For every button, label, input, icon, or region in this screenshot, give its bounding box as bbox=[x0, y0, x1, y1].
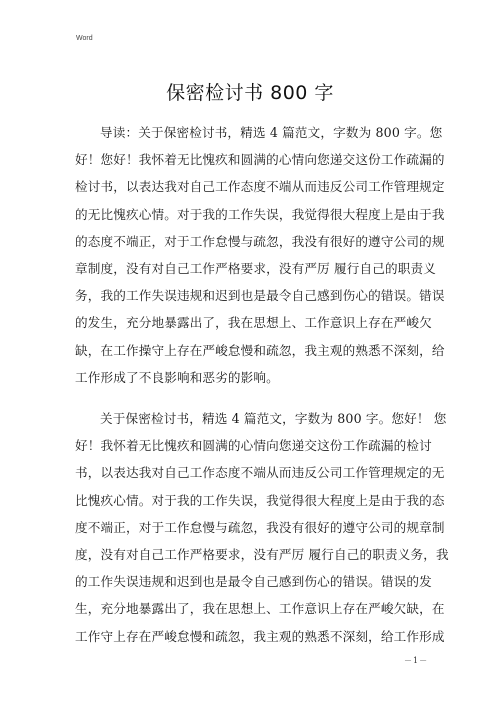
text-line: 好！我怀着无比愧疚和圆满的心情向您递交这份工作疏漏的检讨 bbox=[75, 432, 426, 459]
text-line: 关于保密检讨书，精选 4 篇范文，字数为 800 字。您好！ 您 bbox=[75, 405, 426, 432]
text-line: 度不端正，对于工作怠慢与疏忽，我没有很好的遵守公司的规章制 bbox=[75, 514, 426, 541]
text-line: 章制度，没有对自己工作严格要求，没有严厉 履行自己的职责义 bbox=[75, 255, 426, 282]
text-line: 务，我的工作失误违规和迟到也是最令自己感到伤心的错误。错误 bbox=[75, 282, 426, 309]
text-line: 书，以表达我对自己工作态度不端从而违反公司工作管理规定的无 bbox=[75, 459, 426, 486]
paragraph-1: 导读：关于保密检讨书，精选 4 篇范文，字数为 800 字。您 好！您好！我怀着… bbox=[75, 119, 426, 391]
text-line: 比愧疚心情。对于我的工作失误，我觉得很大程度上是由于我的态 bbox=[75, 487, 426, 514]
text-line: 的工作失误违规和迟到也是最令自己感到伤心的错误。错误的发 bbox=[75, 568, 426, 595]
paragraph-2: 关于保密检讨书，精选 4 篇范文，字数为 800 字。您好！ 您 好！我怀着无比… bbox=[75, 405, 426, 650]
text-line: 的态度不端正，对于工作怠慢与疏忽，我没有很好的遵守公司的规 bbox=[75, 228, 426, 255]
document-title: 保密检讨书 800 字 bbox=[0, 78, 500, 105]
text-line: 的发生，充分地暴露出了，我在思想上、工作意识上存在严峻欠 bbox=[75, 309, 426, 336]
text-line: 度，没有对自己工作严格要求，没有严厉 履行自己的职责义务，我 bbox=[75, 541, 426, 568]
text-line: 好！您好！我怀着无比愧疚和圆满的心情向您递交这份工作疏漏的 bbox=[75, 146, 426, 173]
app-label: Word bbox=[76, 35, 93, 42]
page-number: －1－ bbox=[404, 655, 428, 666]
text-line: 缺，在工作操守上存在严峻怠慢和疏忽，我主观的熟悉不深刻，给 bbox=[75, 337, 426, 364]
text-line: 工作守上存在严峻怠慢和疏忽，我主观的熟悉不深刻，给工作形成 bbox=[75, 623, 426, 650]
text-line: 检讨书，以表达我对自己工作态度不端从而违反公司工作管理规定 bbox=[75, 173, 426, 200]
text-line: 生，充分地暴露出了，我在思想上、工作意识上存在严峻欠缺，在 bbox=[75, 595, 426, 622]
text-line: 工作形成了不良影响和恶劣的影响。 bbox=[75, 364, 426, 391]
text-line: 导读：关于保密检讨书，精选 4 篇范文，字数为 800 字。您 bbox=[75, 119, 426, 146]
text-line: 的无比愧疚心情。对于我的工作失误，我觉得很大程度上是由于我 bbox=[75, 201, 426, 228]
